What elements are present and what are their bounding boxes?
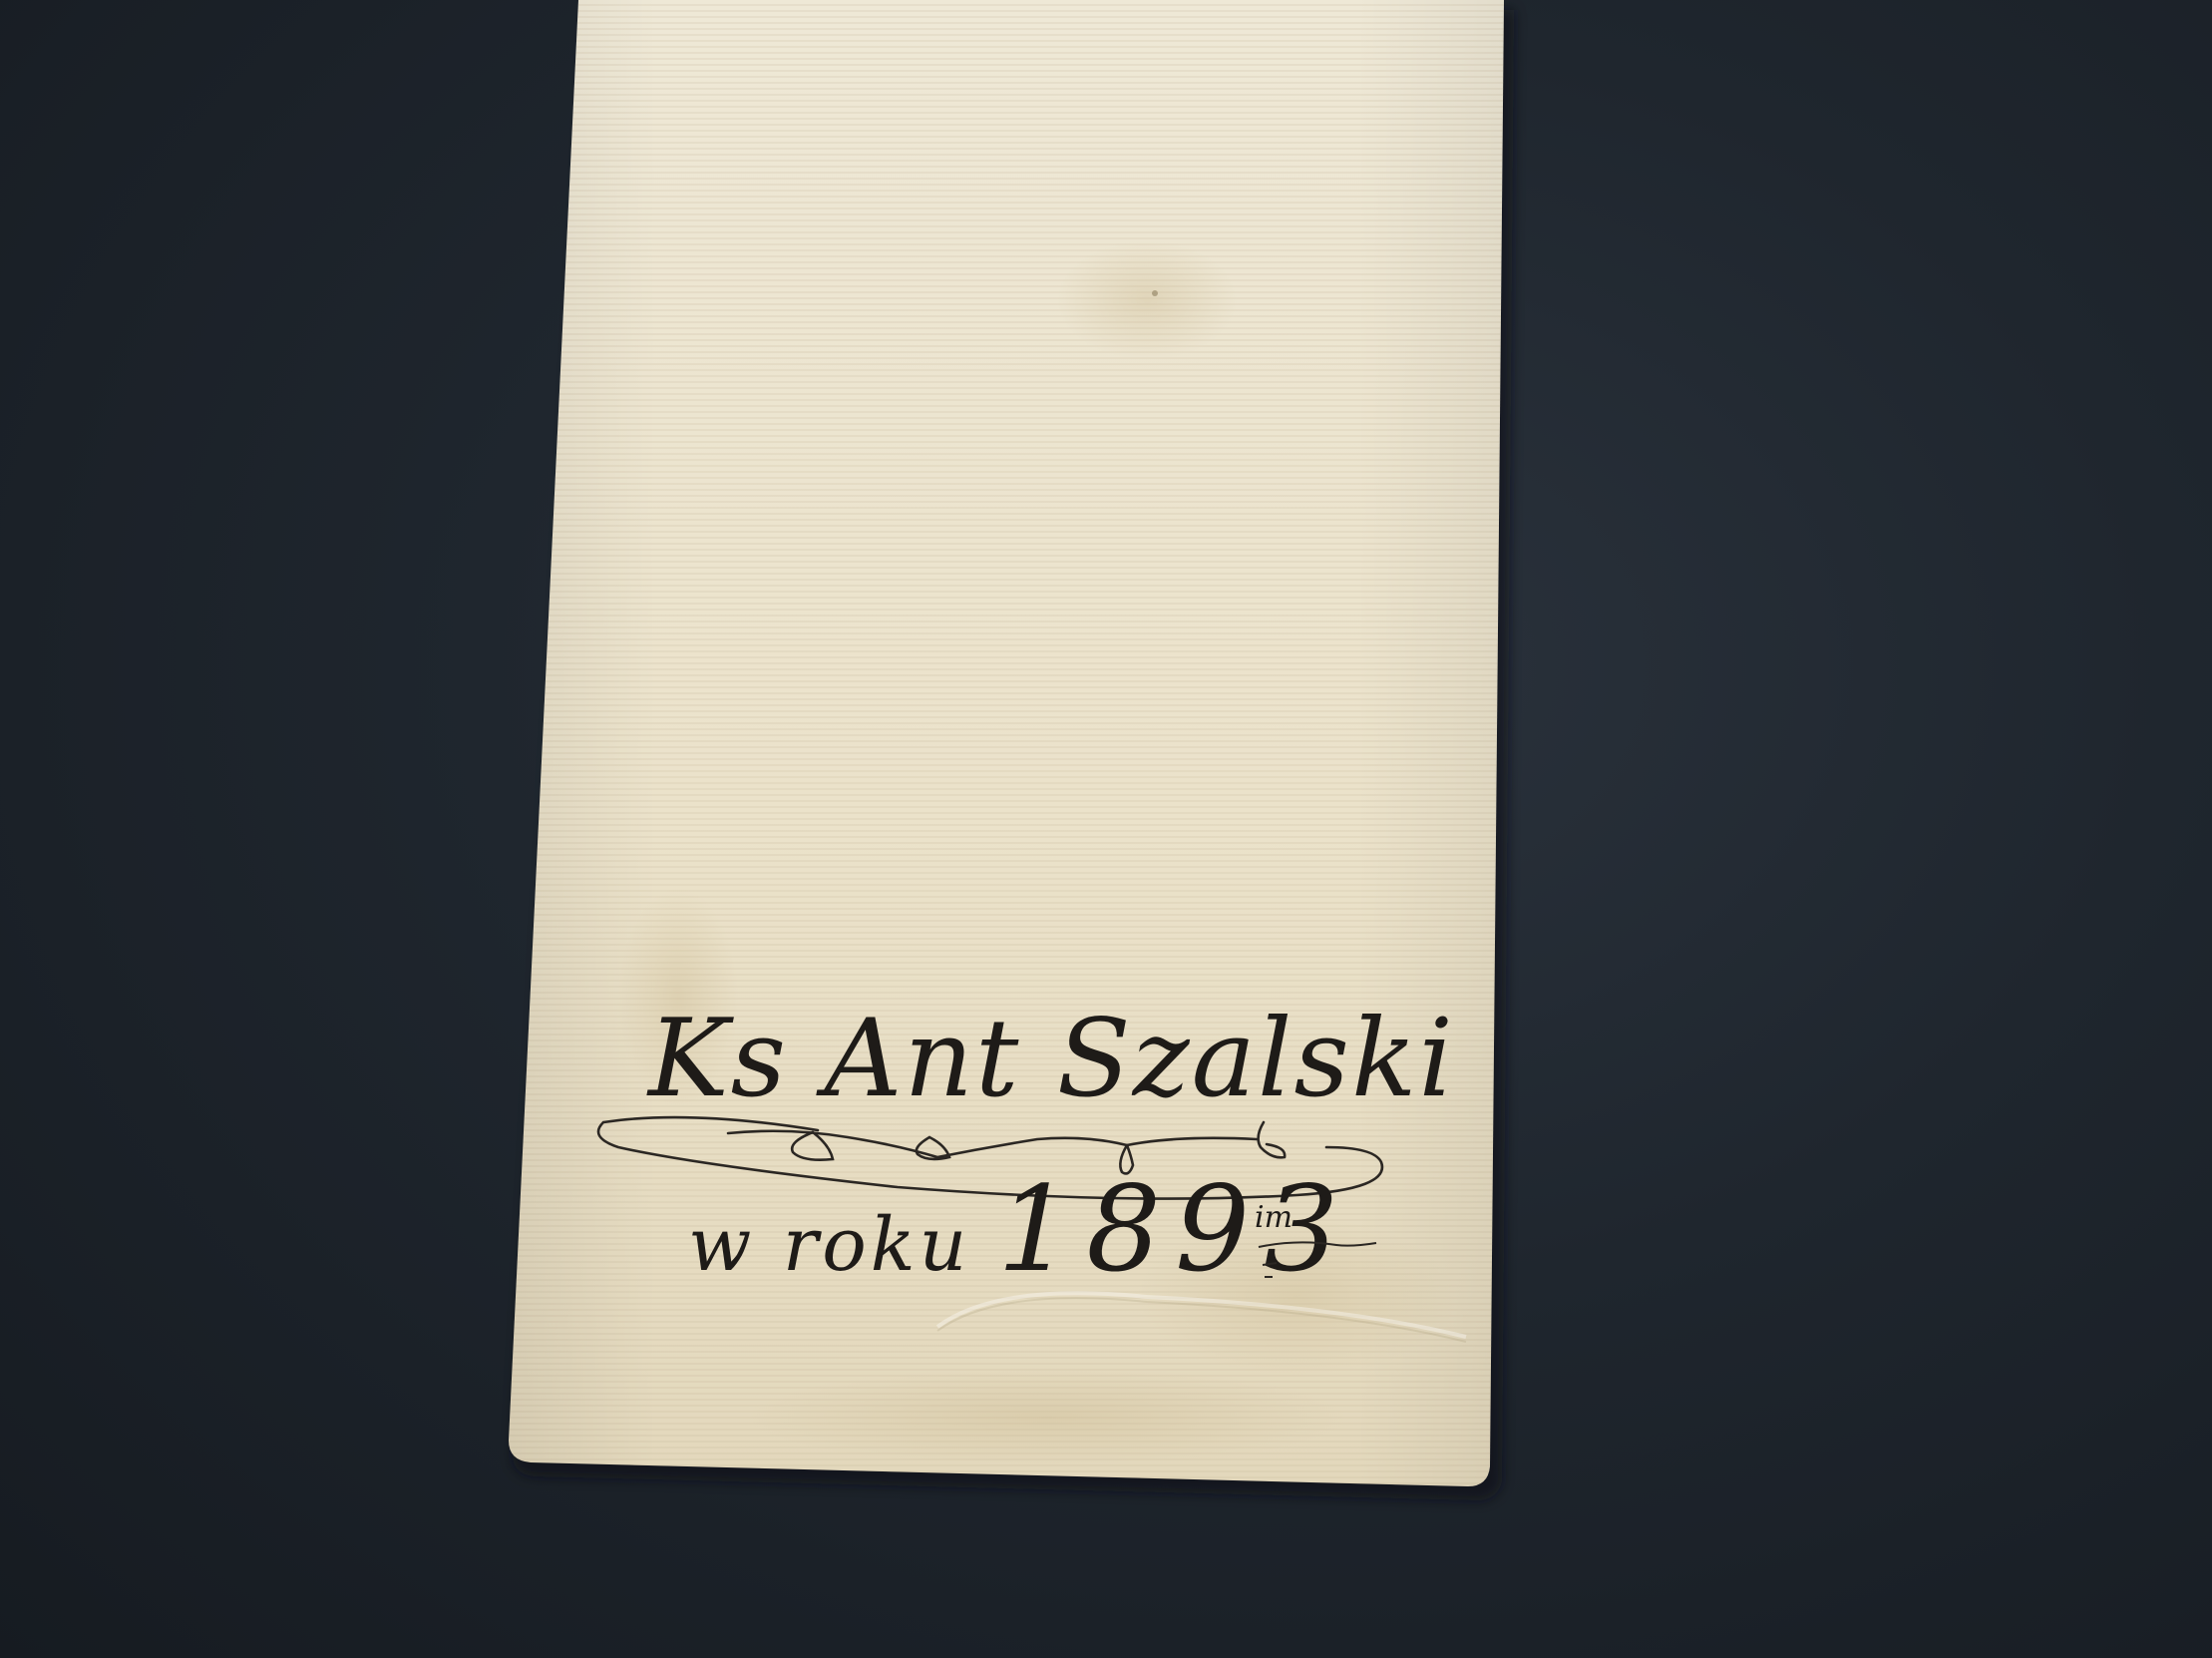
- inscription-year: 1893: [997, 1160, 1352, 1298]
- inscription-name: Ks Ant Szalski: [646, 997, 1455, 1121]
- photo-scene: Ks Ant Szalski w roku 1893 im: [0, 0, 2212, 1658]
- inscription-superscript: im: [1255, 1200, 1292, 1235]
- card-artwork: Ks Ant Szalski w roku 1893 im: [0, 0, 2212, 1658]
- inscription-prefix: w roku: [688, 1202, 970, 1288]
